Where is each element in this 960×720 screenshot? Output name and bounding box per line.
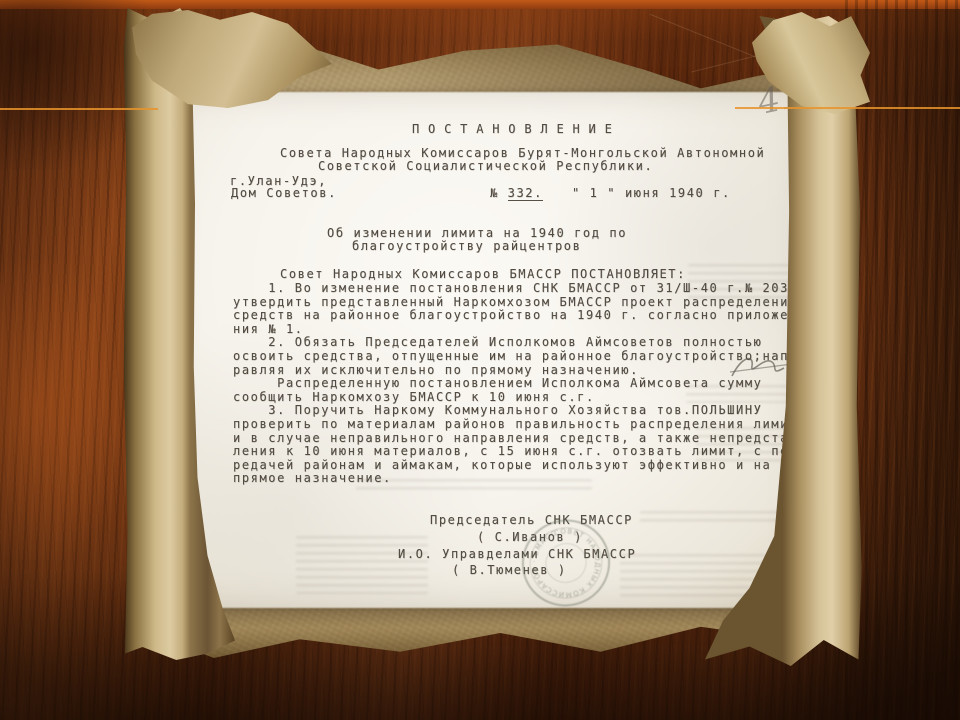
body-line: ния № 1. [233,323,807,337]
body-line: утвердить представленный Наркомхозом БМА… [233,296,807,310]
body-line: средств на районное благоустройство на 1… [233,309,807,323]
slide: П О С Т А Н О В Л Е Н И Е Совета Народны… [0,0,960,720]
body-line: 1. Во изменение постановления СНК БМАССР… [233,282,807,296]
document-date: " 1 " июня 1940 г. [572,187,731,201]
subject-line-2: благоустройству райцентров [352,240,581,254]
document-number-value: 332. [508,186,543,201]
stamp-rim-text: СОВЕТ НАРОДНЫХ КОМИССАРОВ · БМАССР · [520,517,612,609]
place-line-2: Дом Советов. [231,187,337,201]
body-line: Распределенную постановлением Исполкома … [233,377,807,391]
document-body: 1. Во изменение постановления СНК БМАССР… [233,282,807,486]
body-line: редачей районам и аймакам, которые испол… [233,459,807,473]
wood-highlight-patch [0,260,130,560]
resolution-intro: Совет Народных Комиссаров БМАССР ПОСТАНО… [280,268,686,282]
body-line: и в случае неправильного направления сре… [233,432,807,446]
scratch-line-right [735,107,960,109]
svg-text:СОВЕТ НАРОДНЫХ КОМИССАРОВ · БМ: СОВЕТ НАРОДНЫХ КОМИССАРОВ · БМАССР · [520,517,612,609]
body-line: ления к 10 июня материалов, с 15 июня с.… [233,445,807,459]
scratch-line-left [0,108,158,110]
document-number-prefix: № [490,186,508,200]
body-line: 3. Поручить Наркому Коммунального Хозяйс… [233,404,807,418]
body-line: прямое назначение. [233,472,807,486]
bleedthrough-smudge [296,536,428,594]
issuer-line-2: Советской Социалистической Республики. [318,160,653,174]
body-line: проверить по материалам районов правильн… [233,418,807,432]
bleedthrough-smudge [640,511,790,524]
document-heading: П О С Т А Н О В Л Е Н И Е [412,123,613,137]
body-line: равляя их исключительно по прямому назна… [233,364,807,378]
body-line: сообщить Наркомхозу БМАССР к 10 июня с.г… [233,391,807,405]
official-stamp: СОВЕТ НАРОДНЫХ КОМИССАРОВ · БМАССР · [520,517,612,609]
document-number: № 332. [490,187,543,201]
body-line: освоить средства, отпущенные им на район… [233,350,807,364]
body-line: 2. Обязать Председателей Исполкомов Аймс… [233,336,807,350]
